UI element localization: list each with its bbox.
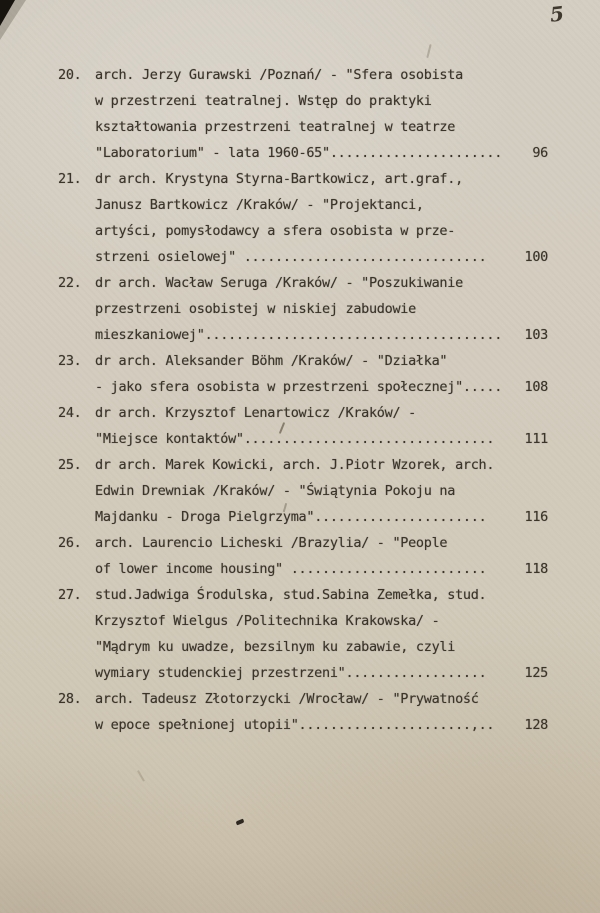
toc-entry-number: 28. (58, 686, 95, 738)
toc-entry-body: dr arch. Wacław Seruga /Kraków/ - "Poszu… (95, 270, 548, 348)
dot-leader: ......................,.. (299, 717, 495, 733)
toc-entry-number: 24. (58, 400, 95, 452)
toc-title-text: strzeni osielowej" (95, 249, 244, 265)
toc-final-line: Majdanku - Droga Pielgrzyma"............… (95, 504, 504, 530)
toc-entry: 27.stud.Jadwiga Środulska, stud.Sabina Z… (58, 582, 548, 686)
toc-entry-number: 22. (58, 270, 95, 348)
toc-line: arch. Jerzy Gurawski /Poznań/ - "Sfera o… (95, 62, 548, 88)
dot-leader: ...................... (314, 509, 486, 525)
toc-line-with-page-ref: "Laboratorium" - lata 1960-65"..........… (95, 140, 548, 166)
handwritten-page-number: 5 (549, 1, 565, 26)
toc-entry-body: dr arch. Aleksander Böhm /Kraków/ - "Dzi… (95, 348, 548, 400)
toc-line: przestrzeni osobistej w niskiej zabudowi… (95, 296, 548, 322)
ink-speck (236, 819, 245, 826)
toc-page-ref: 116 (504, 504, 548, 530)
dot-leader: ............................... (244, 249, 487, 265)
toc-page-ref: 96 (504, 140, 548, 166)
toc-final-line: of lower income housing" ...............… (95, 556, 504, 582)
toc-title-text: w epoce spełnionej utopii" (95, 717, 299, 733)
table-of-contents: 20.arch. Jerzy Gurawski /Poznań/ - "Sfer… (58, 62, 548, 738)
toc-entry: 25.dr arch. Marek Kowicki, arch. J.Piotr… (58, 452, 548, 530)
toc-line: dr arch. Wacław Seruga /Kraków/ - "Poszu… (95, 270, 548, 296)
toc-line: dr arch. Krystyna Styrna-Bartkowicz, art… (95, 166, 548, 192)
scanned-document-page: 5 20.arch. Jerzy Gurawski /Poznań/ - "Sf… (0, 0, 600, 913)
toc-title-text: - jako sfera osobista w przestrzeni społ… (95, 379, 463, 395)
toc-line-with-page-ref: mieszkaniowej"..........................… (95, 322, 548, 348)
toc-entry: 28.arch. Tadeusz Złotorzycki /Wrocław/ -… (58, 686, 548, 738)
dot-leader: ......................... (291, 561, 487, 577)
toc-final-line: mieszkaniowej"..........................… (95, 322, 504, 348)
toc-title-text: mieszkaniowej" (95, 327, 205, 343)
toc-page-ref: 118 (504, 556, 548, 582)
toc-entry: 22.dr arch. Wacław Seruga /Kraków/ - "Po… (58, 270, 548, 348)
toc-entry-body: dr arch. Krzysztof Lenartowicz /Kraków/ … (95, 400, 548, 452)
toc-page-ref: 128 (504, 712, 548, 738)
toc-entry-number: 27. (58, 582, 95, 686)
toc-entry-number: 25. (58, 452, 95, 530)
toc-line: kształtowania przestrzeni teatralnej w t… (95, 114, 548, 140)
toc-line-with-page-ref: Majdanku - Droga Pielgrzyma"............… (95, 504, 548, 530)
toc-final-line: w epoce spełnionej utopii"..............… (95, 712, 504, 738)
toc-line: Krzysztof Wielgus /Politechnika Krakowsk… (95, 608, 548, 634)
toc-line: dr arch. Aleksander Böhm /Kraków/ - "Dzi… (95, 348, 548, 374)
toc-entry-number: 26. (58, 530, 95, 582)
toc-entry: 26.arch. Laurencio Licheski /Brazylia/ -… (58, 530, 548, 582)
toc-page-ref: 103 (504, 322, 548, 348)
toc-title-text: of lower income housing" (95, 561, 291, 577)
toc-page-ref: 125 (504, 660, 548, 686)
toc-entry-number: 23. (58, 348, 95, 400)
toc-line-with-page-ref: wymiary studenckiej przestrzeni"........… (95, 660, 548, 686)
toc-page-ref: 108 (504, 374, 548, 400)
toc-entry-body: arch. Tadeusz Złotorzycki /Wrocław/ - "P… (95, 686, 548, 738)
toc-entry-number: 20. (58, 62, 95, 166)
toc-line: arch. Laurencio Licheski /Brazylia/ - "P… (95, 530, 548, 556)
toc-line-with-page-ref: strzeni osielowej" .....................… (95, 244, 548, 270)
toc-line: w przestrzeni teatralnej. Wstęp do prakt… (95, 88, 548, 114)
toc-page-ref: 100 (504, 244, 548, 270)
toc-line: dr arch. Marek Kowicki, arch. J.Piotr Wz… (95, 452, 548, 478)
toc-final-line: strzeni osielowej" .....................… (95, 244, 504, 270)
toc-line-with-page-ref: w epoce spełnionej utopii"..............… (95, 712, 548, 738)
toc-final-line: wymiary studenckiej przestrzeni"........… (95, 660, 504, 686)
paper-fiber (426, 44, 431, 58)
toc-entry: 20.arch. Jerzy Gurawski /Poznań/ - "Sfer… (58, 62, 548, 166)
toc-line: "Mądrym ku uwadze, bezsilnym ku zabawie,… (95, 634, 548, 660)
toc-line-with-page-ref: - jako sfera osobista w przestrzeni społ… (95, 374, 548, 400)
toc-title-text: wymiary studenckiej przestrzeni" (95, 665, 346, 681)
toc-entry-number: 21. (58, 166, 95, 270)
toc-title-text: "Laboratorium" - lata 1960-65" (95, 145, 330, 161)
toc-entry-body: stud.Jadwiga Środulska, stud.Sabina Zeme… (95, 582, 548, 686)
toc-line: stud.Jadwiga Środulska, stud.Sabina Zeme… (95, 582, 548, 608)
toc-entry-body: arch. Jerzy Gurawski /Poznań/ - "Sfera o… (95, 62, 548, 166)
toc-line-with-page-ref: "Miejsce kontaktów".....................… (95, 426, 548, 452)
dot-leader: ...... (463, 379, 504, 395)
toc-entry-body: arch. Laurencio Licheski /Brazylia/ - "P… (95, 530, 548, 582)
toc-final-line: - jako sfera osobista w przestrzeni społ… (95, 374, 504, 400)
toc-entry: 24.dr arch. Krzysztof Lenartowicz /Krakó… (58, 400, 548, 452)
toc-entry-body: dr arch. Marek Kowicki, arch. J.Piotr Wz… (95, 452, 548, 530)
toc-line-with-page-ref: of lower income housing" ...............… (95, 556, 548, 582)
toc-page-ref: 111 (504, 426, 548, 452)
toc-entry: 21.dr arch. Krystyna Styrna-Bartkowicz, … (58, 166, 548, 270)
toc-line: dr arch. Krzysztof Lenartowicz /Kraków/ … (95, 400, 548, 426)
toc-line: Edwin Drewniak /Kraków/ - "Świątynia Pok… (95, 478, 548, 504)
dot-leader: .................. (346, 665, 487, 681)
dot-leader: ...................................... (205, 327, 502, 343)
toc-final-line: "Miejsce kontaktów".....................… (95, 426, 504, 452)
toc-line: artyści, pomysłodawcy a sfera osobista w… (95, 218, 548, 244)
toc-line: Janusz Bartkowicz /Kraków/ - "Projektanc… (95, 192, 548, 218)
dot-leader: ...................... (330, 145, 502, 161)
toc-title-text: "Miejsce kontaktów" (95, 431, 244, 447)
toc-entry: 23.dr arch. Aleksander Böhm /Kraków/ - "… (58, 348, 548, 400)
toc-entry-body: dr arch. Krystyna Styrna-Bartkowicz, art… (95, 166, 548, 270)
toc-title-text: Majdanku - Droga Pielgrzyma" (95, 509, 314, 525)
paper-fiber (137, 770, 144, 781)
dot-leader: ................................ (244, 431, 495, 447)
toc-final-line: "Laboratorium" - lata 1960-65"..........… (95, 140, 504, 166)
toc-line: arch. Tadeusz Złotorzycki /Wrocław/ - "P… (95, 686, 548, 712)
